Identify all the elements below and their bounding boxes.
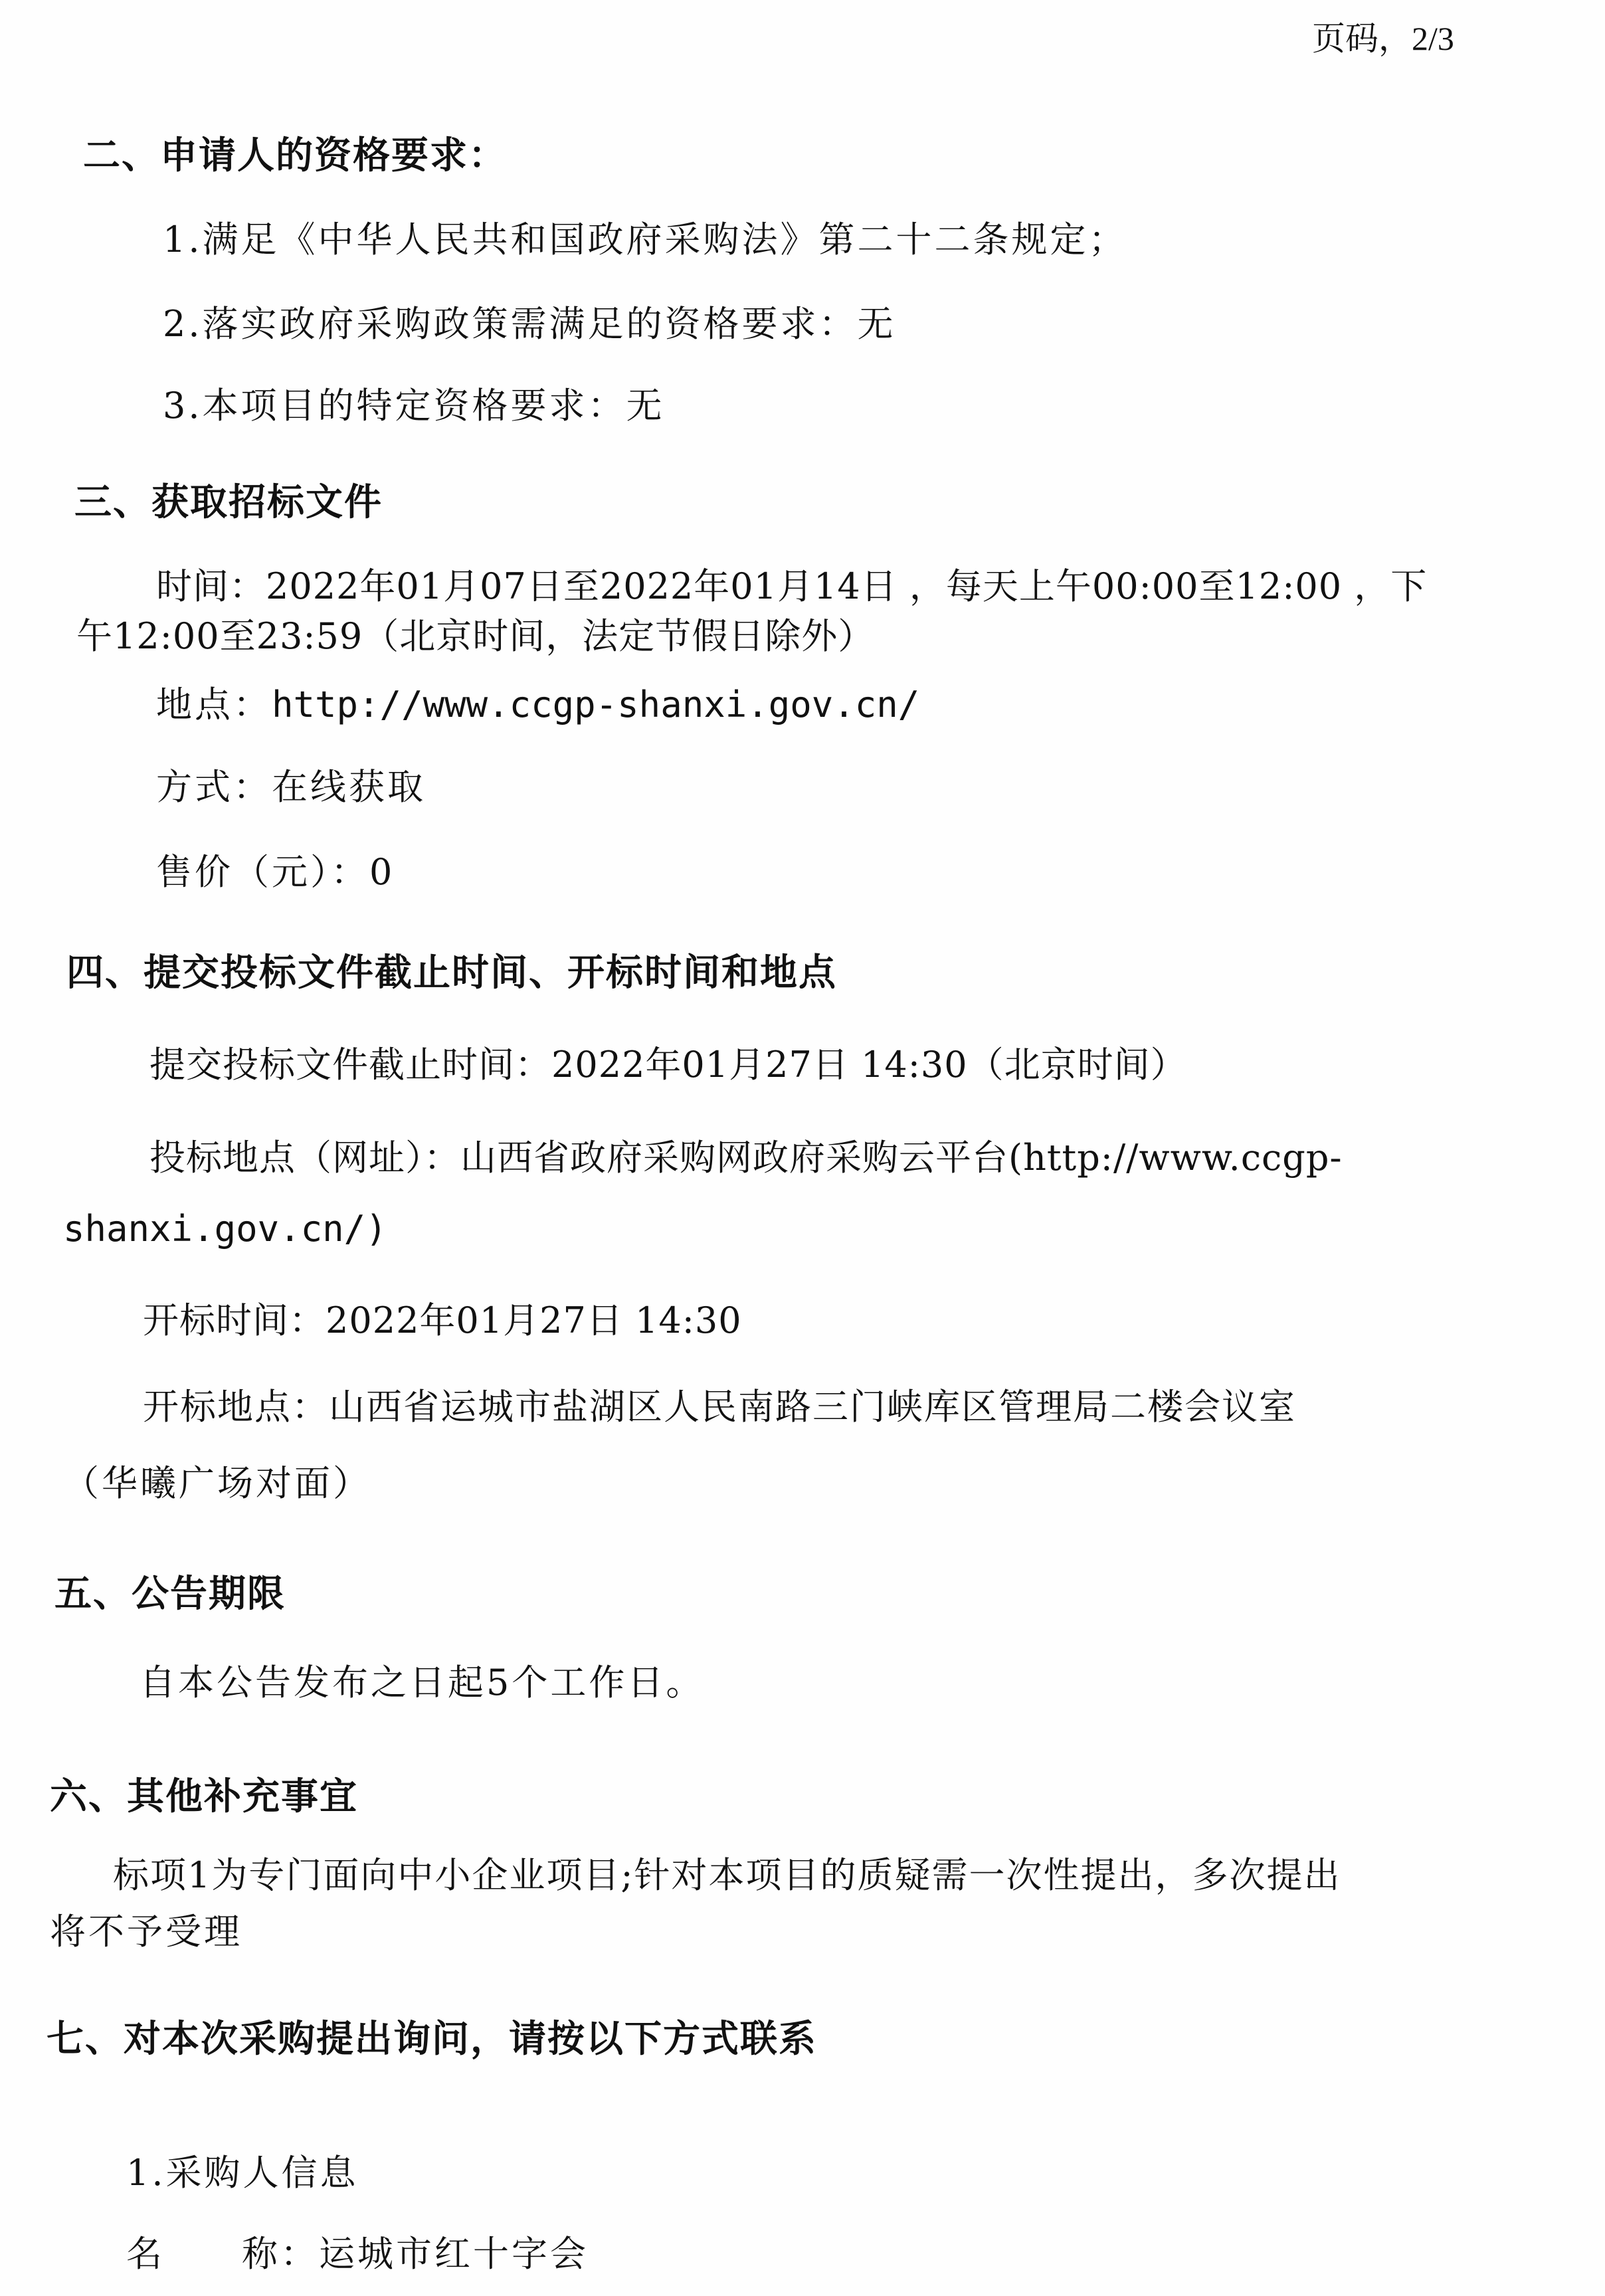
other-matters-line-1: 标项1为专门面向中小企业项目;针对本项目的质疑需一次性提出，多次提出 bbox=[113, 1847, 1341, 1898]
obtain-time-line-1: 时间：2022年01月07日至2022年01月14日 ，每天上午00:00至12… bbox=[156, 558, 1427, 609]
obtain-location-url: http://www.ccgp-shanxi.gov.cn/ bbox=[272, 684, 919, 725]
obtain-method: 方式：在线获取 bbox=[156, 759, 426, 810]
submission-deadline: 提交投标文件截止时间：2022年01月27日 14:30（北京时间） bbox=[149, 1036, 1187, 1088]
obtain-price: 售价（元）：0 bbox=[156, 844, 395, 895]
obtain-location-label: 地点： bbox=[156, 684, 272, 725]
obtain-location: 地点：http://www.ccgp-shanxi.gov.cn/ bbox=[156, 676, 919, 727]
purchaser-name-value: 运城市红十字会 bbox=[319, 2233, 589, 2275]
section-heading-other-matters: 六、其他补充事宜 bbox=[50, 1767, 358, 1820]
section-heading-contact: 七、对本次采购提出询问，请按以下方式联系 bbox=[47, 2010, 817, 2063]
other-matters-line-2: 将不予受理 bbox=[50, 1903, 242, 1955]
section-heading-obtain-documents: 三、获取招标文件 bbox=[74, 473, 383, 526]
section-heading-qualification: 二、申请人的资格要求： bbox=[83, 126, 507, 179]
qualification-item-2: 2.落实政府采购政策需满足的资格要求：无 bbox=[163, 296, 896, 347]
announcement-period-text: 自本公告发布之日起5个工作日。 bbox=[140, 1654, 704, 1705]
page-number: 页码，2/3 bbox=[1312, 12, 1454, 60]
purchaser-name: 名 称：运城市红十字会 bbox=[126, 2226, 589, 2277]
bid-location-line-2: shanxi.gov.cn/) bbox=[63, 1208, 387, 1250]
qualification-item-1: 1.满足《中华人民共和国政府采购法》第二十二条规定； bbox=[163, 211, 1127, 262]
opening-location-line-2: （华曦广场对面） bbox=[63, 1455, 371, 1506]
purchaser-info-title: 1.采购人信息 bbox=[126, 2145, 359, 2196]
qualification-item-3: 3.本项目的特定资格要求：无 bbox=[163, 377, 665, 429]
opening-location-line-1: 开标地点：山西省运城市盐湖区人民南路三门峡库区管理局二楼会议室 bbox=[143, 1379, 1296, 1430]
section-heading-announcement-period: 五、公告期限 bbox=[54, 1565, 286, 1618]
obtain-time-line-2: 午12:00至23:59（北京时间，法定节假日除外） bbox=[76, 608, 874, 659]
document-page: 页码，2/3 二、申请人的资格要求： 1.满足《中华人民共和国政府采购法》第二十… bbox=[0, 0, 1605, 2296]
section-heading-submission: 四、提交投标文件截止时间、开标时间和地点 bbox=[66, 943, 837, 997]
purchaser-name-label: 名 称： bbox=[126, 2233, 319, 2275]
bid-location-line-1: 投标地点（网址）：山西省政府采购网政府采购云平台(http://www.ccgp… bbox=[149, 1129, 1343, 1181]
opening-time: 开标时间：2022年01月27日 14:30 bbox=[143, 1292, 742, 1343]
